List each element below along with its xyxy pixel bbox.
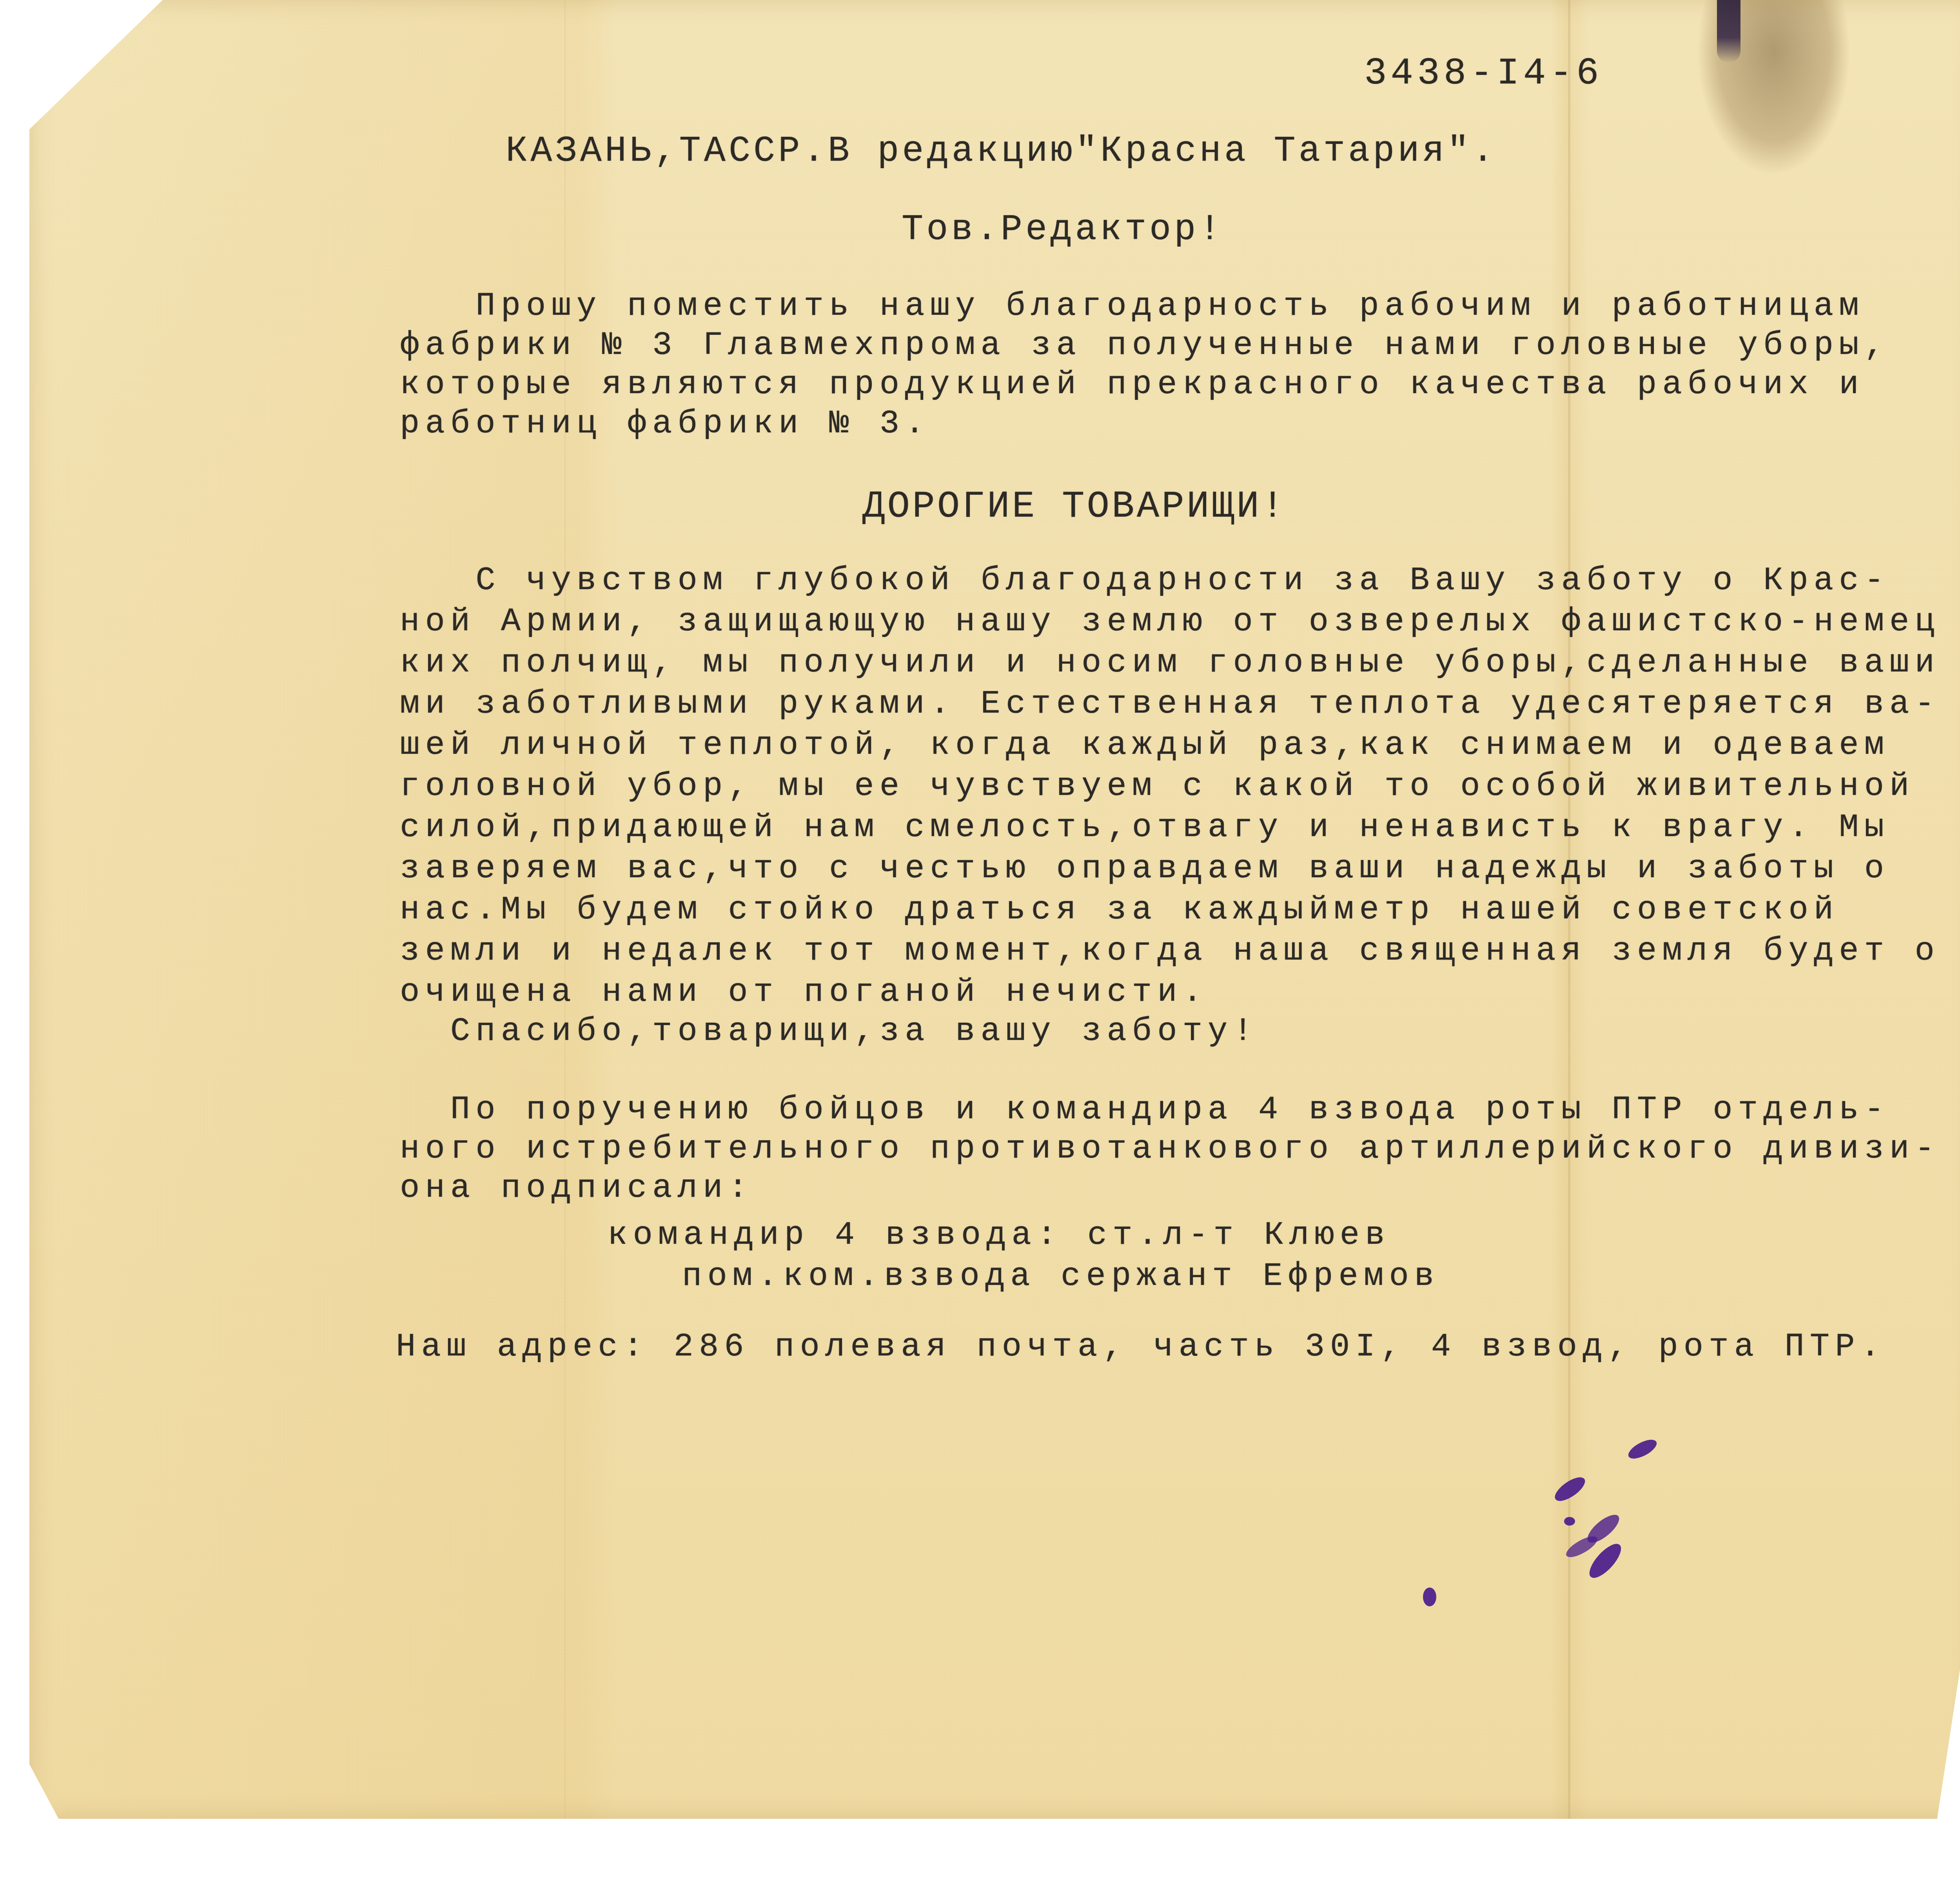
text-line: С чувством глубокой благодарности за Ваш…	[400, 564, 1889, 597]
text-line: силой,придающей нам смелость,отвагу и не…	[400, 811, 1889, 844]
text-line: земли и недалек тот момент,когда наша св…	[400, 935, 1940, 968]
ink-drip-stain	[1717, 0, 1740, 63]
ink-blot	[1423, 1588, 1436, 1606]
text-line: ного истребительного противотанкового ар…	[400, 1133, 1940, 1166]
ink-blot	[1564, 1517, 1575, 1526]
text-line: заверяем вас,что с честью оправдаем ваши…	[400, 853, 1889, 885]
text-line: очищена нами от поганой нечисти.	[400, 976, 1208, 1009]
signature-assistant: пом.ком.взвода сержант Ефремов	[682, 1260, 1439, 1293]
section-heading: ДОРОГИЕ ТОВАРИЩИ!	[862, 488, 1286, 526]
text-line: головной убор, мы ее чувствуем с какой т…	[400, 770, 1915, 803]
text-line: ми заботливыми руками. Естественная тепл…	[400, 688, 1940, 721]
text-line: шей личной теплотой, когда каждый раз,ка…	[400, 729, 1889, 762]
signature-commander: командир 4 взвода: ст.л-т Клюев	[608, 1219, 1390, 1252]
text-line: она подписали:	[400, 1172, 753, 1205]
text-line: нас.Мы будем стойко драться за каждыймет…	[400, 894, 1839, 927]
text-line: ких полчищ, мы получили и носим головные…	[400, 647, 1940, 680]
text-line: которые являются продукцией прекрасного …	[400, 368, 1864, 401]
text-line: работниц фабрики № 3.	[400, 408, 930, 441]
text-line: фабрики № 3 Главмехпрома за полученные н…	[400, 329, 1889, 362]
reference-number: 3438-I4-6	[1364, 55, 1602, 93]
recipient-address: КАЗАНЬ,ТАССР.В редакцию"Красна Татария".	[506, 133, 1497, 169]
text-line: Прошу поместить нашу благодарность рабоч…	[400, 290, 1864, 323]
salutation: Тов.Редактор!	[902, 212, 1224, 248]
thanks-line: Спасибо,товарищи,за вашу заботу!	[400, 1015, 1258, 1048]
text-line: По поручению бойцов и командира 4 взвода…	[400, 1094, 1889, 1127]
text-line: ной Армии, защищающую нашу землю от озве…	[400, 606, 1940, 639]
return-address: Наш адрес: 286 полевая почта, часть 30I,…	[396, 1331, 1886, 1364]
